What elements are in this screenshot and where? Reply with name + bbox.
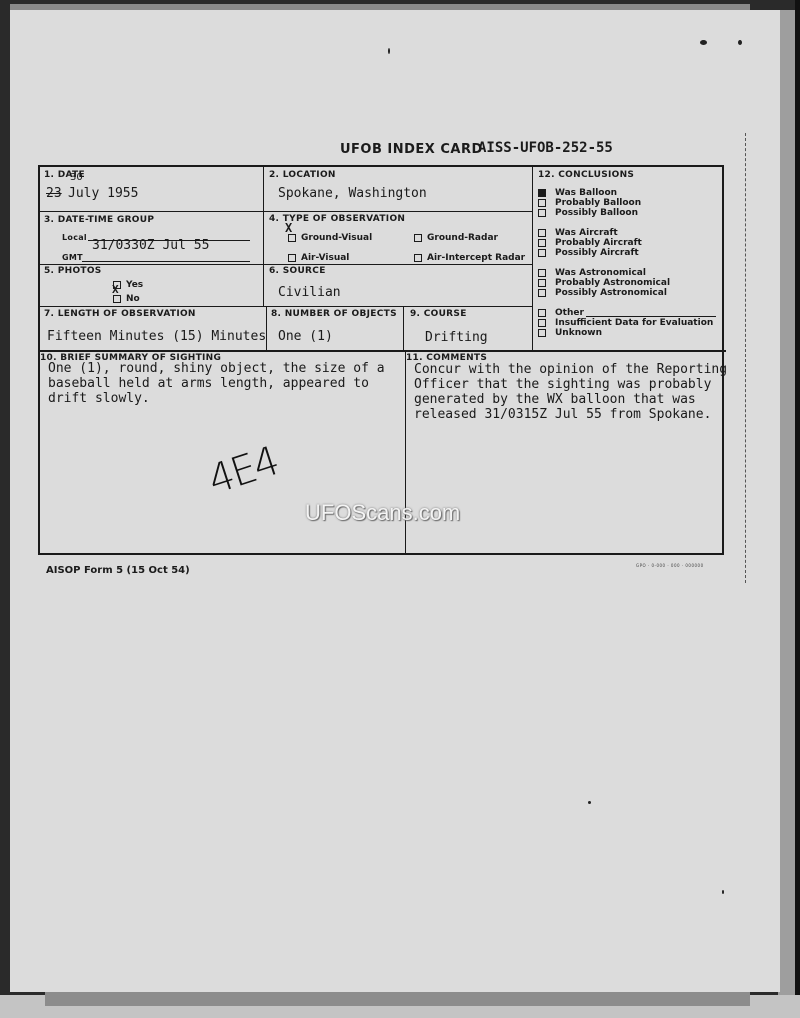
checkbox-icon: [538, 329, 546, 337]
scan-speck: [700, 40, 707, 45]
checkbox-icon: [414, 254, 422, 262]
checkbox-icon: [538, 229, 546, 237]
checkbox-icon: [113, 295, 121, 303]
objects-value: One (1): [278, 329, 333, 344]
checkbox-icon: [414, 234, 422, 242]
checkbox-icon: [288, 254, 296, 262]
divider: [263, 167, 264, 307]
dtg-local-value: 31/0330Z Jul 55: [92, 238, 209, 253]
conclusion-probably-astronomical[interactable]: Probably Astronomical: [538, 278, 670, 288]
card-cut-line: [745, 133, 748, 583]
summary-line: drift slowly.: [48, 391, 150, 406]
scan-speck: [588, 801, 591, 804]
conclusion-possibly-astronomical[interactable]: Possibly Astronomical: [538, 288, 667, 298]
comment-line: generated by the WX balloon that was: [414, 392, 696, 407]
divider: [403, 306, 404, 350]
checkbox-icon: [538, 239, 546, 247]
checkbox-icon: [538, 209, 546, 217]
card-id: AISS-UFOB-252-55: [478, 140, 613, 156]
comment-line: Officer that the sighting was probably: [414, 377, 711, 392]
conclusion-probably-aircraft[interactable]: Probably Aircraft: [538, 238, 642, 248]
printer-mark: GPO · 0-000 · 000 · 000000: [636, 563, 704, 568]
checkbox-icon: [538, 319, 546, 327]
card-title: UFOB INDEX CARD: [340, 142, 483, 157]
checkbox-icon: [538, 269, 546, 277]
objects-label: 8. NUMBER OF OBJECTS: [271, 309, 397, 319]
dtg-gmt-line: [82, 261, 250, 262]
date-day-struck: 23: [46, 186, 62, 201]
scan-right-border: [795, 0, 800, 1018]
checkbox-icon: [538, 199, 546, 207]
summary-line: One (1), round, shiny object, the size o…: [48, 361, 385, 376]
location-value: Spokane, Washington: [278, 186, 427, 201]
date-value: July 1955: [68, 186, 138, 201]
scan-speck: [722, 890, 724, 894]
option-air-visual[interactable]: Air-Visual: [288, 253, 349, 263]
course-label: 9. COURSE: [410, 309, 467, 319]
date-day-handwritten: 30: [70, 172, 83, 183]
conclusion-was-balloon[interactable]: Was Balloon: [538, 188, 617, 198]
other-line: [586, 316, 716, 317]
conclusion-possibly-aircraft[interactable]: Possibly Aircraft: [538, 248, 639, 258]
checkbox-icon: [288, 234, 296, 242]
dtg-gmt-label: GMT: [62, 253, 83, 262]
photos-label: 5. PHOTOS: [44, 266, 102, 276]
conclusion-probably-balloon[interactable]: Probably Balloon: [538, 198, 641, 208]
length-label: 7. LENGTH OF OBSERVATION: [44, 309, 196, 319]
scan-speck: [388, 48, 390, 54]
checkbox-icon: [538, 249, 546, 257]
checkbox-icon: [538, 279, 546, 287]
checkbox-checked-icon: [538, 189, 546, 197]
form-id: AISOP Form 5 (15 Oct 54): [46, 565, 190, 576]
dtg-label: 3. DATE-TIME GROUP: [44, 215, 154, 225]
scan-bottom-edge: [45, 990, 750, 1006]
comment-line: released 31/0315Z Jul 55 from Spokane.: [414, 407, 711, 422]
divider: [532, 167, 533, 350]
conclusion-unknown[interactable]: Unknown: [538, 328, 602, 338]
option-ground-visual[interactable]: Ground-Visual: [288, 233, 372, 243]
divider: [40, 264, 532, 265]
conclusions-label: 12. CONCLUSIONS: [538, 170, 634, 180]
comment-line: Concur with the opinion of the Reporting: [414, 362, 727, 377]
divider: [40, 211, 532, 212]
location-label: 2. LOCATION: [269, 170, 336, 180]
checkbox-icon: [538, 309, 546, 317]
scan-speck: [738, 40, 742, 45]
summary-line: baseball held at arms length, appeared t…: [48, 376, 369, 391]
watermark: UFOScans.com: [305, 500, 460, 526]
conclusion-other[interactable]: Other: [538, 308, 584, 318]
length-value: Fifteen Minutes (15) Minutes: [47, 329, 266, 344]
option-photos-no[interactable]: No: [113, 294, 140, 304]
conclusion-was-astronomical[interactable]: Was Astronomical: [538, 268, 646, 278]
source-value: Civilian: [278, 285, 341, 300]
divider: [40, 350, 726, 352]
conclusion-insufficient-data[interactable]: Insufficient Data for Evaluation: [538, 318, 713, 328]
course-value: Drifting: [425, 330, 488, 345]
source-label: 6. SOURCE: [269, 266, 326, 276]
conclusion-was-aircraft[interactable]: Was Aircraft: [538, 228, 618, 238]
option-air-intercept-radar[interactable]: Air-Intercept Radar: [414, 253, 525, 263]
option-ground-radar[interactable]: Ground-Radar: [414, 233, 498, 243]
checkbox-icon: [538, 289, 546, 297]
divider: [40, 306, 532, 307]
conclusion-possibly-balloon[interactable]: Possibly Balloon: [538, 208, 638, 218]
dtg-local-label: Local: [62, 233, 87, 242]
